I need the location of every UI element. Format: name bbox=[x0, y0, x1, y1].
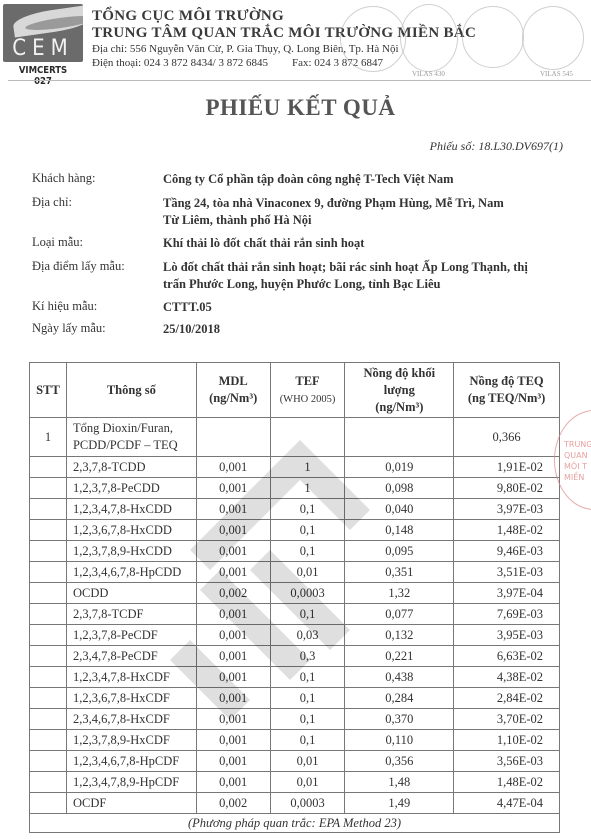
cell-param: 1,2,3,7,8-PeCDF bbox=[66, 625, 196, 646]
cell-param: 1,2,3,7,8,9-HxCDD bbox=[66, 541, 196, 562]
cell-tef: 0,3 bbox=[270, 646, 345, 667]
info-value: Công ty Cổ phần tập đoàn công nghệ T-Tec… bbox=[163, 171, 583, 188]
cell-mdl: 0,001 bbox=[196, 562, 270, 583]
cell-teq: 9,46E-03 bbox=[454, 541, 560, 562]
cell-stt bbox=[30, 751, 67, 772]
table-row: 1,2,3,4,6,7,8-HpCDD0,0010,010,3513,51E-0… bbox=[30, 562, 560, 583]
cell-param: 1,2,3,6,7,8-HxCDF bbox=[66, 688, 196, 709]
cell-mdl: 0,001 bbox=[196, 709, 270, 730]
header-conc: Nồng độ khối lượng(ng/Nm³) bbox=[345, 363, 454, 418]
table-row: 1,2,3,4,7,8,9-HpCDF0,0010,011,481,48E-02 bbox=[30, 772, 560, 793]
cell-tef: 0,1 bbox=[270, 499, 345, 520]
cell-stt: 1 bbox=[30, 418, 67, 457]
info-label: Loại mẫu: bbox=[32, 235, 83, 250]
header-teq: Nồng độ TEQ(ng TEQ/Nm³) bbox=[454, 363, 560, 418]
table-footnote-row: (Phương pháp quan trắc: EPA Method 23) bbox=[30, 814, 560, 833]
cell-teq: 7,69E-03 bbox=[454, 604, 560, 625]
logo-text: CEM bbox=[3, 36, 83, 61]
info-value: Lò đốt chất thải rắn sinh hoạt; bãi rác … bbox=[163, 259, 533, 293]
cell-mdl: 0,001 bbox=[196, 730, 270, 751]
cell-param: 1,2,3,7,8-PeCDD bbox=[66, 478, 196, 499]
cell-teq: 6,63E-02 bbox=[454, 646, 560, 667]
cell-mdl: 0,001 bbox=[196, 520, 270, 541]
cell-tef bbox=[270, 418, 345, 457]
cell-stt bbox=[30, 688, 67, 709]
cell-stt bbox=[30, 499, 67, 520]
info-label: Kí hiệu mẫu: bbox=[32, 299, 97, 314]
info-label: Khách hàng: bbox=[32, 171, 96, 186]
cell-mdl: 0,001 bbox=[196, 688, 270, 709]
certification-seal-icon bbox=[522, 6, 584, 70]
cell-param: 2,3,7,8-TCDF bbox=[66, 604, 196, 625]
method-footnote: (Phương pháp quan trắc: EPA Method 23) bbox=[30, 814, 560, 833]
table-row-total: 1 Tổng Dioxin/Furan, PCDD/PCDF – TEQ 0,3… bbox=[30, 418, 560, 457]
table-header-row: STT Thông số MDL(ng/Nm³) TEF(WHO 2005) N… bbox=[30, 363, 560, 418]
cell-param: 1,2,3,4,7,8,9-HpCDF bbox=[66, 772, 196, 793]
cell-param: 2,3,7,8-TCDD bbox=[66, 457, 196, 478]
document-title: PHIẾU KẾT QUẢ bbox=[0, 95, 591, 121]
table-row: 1,2,3,4,6,7,8-HpCDF0,0010,010,3563,56E-0… bbox=[30, 751, 560, 772]
cell-teq: 0,366 bbox=[454, 418, 560, 457]
cell-tef: 0,03 bbox=[270, 625, 345, 646]
seal1-label: VILAS 430 bbox=[412, 70, 445, 78]
cell-mdl: 0,001 bbox=[196, 772, 270, 793]
cell-param: 1,2,3,4,6,7,8-HpCDF bbox=[66, 751, 196, 772]
cell-teq: 1,91E-02 bbox=[454, 457, 560, 478]
certification-seal-icon bbox=[400, 4, 458, 72]
cell-conc: 0,132 bbox=[345, 625, 454, 646]
cell-conc: 0,110 bbox=[345, 730, 454, 751]
cell-param: 1,2,3,6,7,8-HxCDD bbox=[66, 520, 196, 541]
cell-conc: 0,351 bbox=[345, 562, 454, 583]
cell-tef: 0,1 bbox=[270, 730, 345, 751]
cell-conc: 0,040 bbox=[345, 499, 454, 520]
cell-mdl bbox=[196, 418, 270, 457]
cell-mdl: 0,001 bbox=[196, 751, 270, 772]
certification-seal-icon bbox=[462, 6, 524, 68]
table-row: 1,2,3,6,7,8-HxCDF0,0010,10,2842,84E-02 bbox=[30, 688, 560, 709]
cell-stt bbox=[30, 604, 67, 625]
cell-mdl: 0,001 bbox=[196, 667, 270, 688]
cell-conc: 0,221 bbox=[345, 646, 454, 667]
cell-param: 1,2,3,4,6,7,8-HpCDD bbox=[66, 562, 196, 583]
cell-teq: 3,70E-02 bbox=[454, 709, 560, 730]
cell-mdl: 0,001 bbox=[196, 457, 270, 478]
cell-conc: 1,48 bbox=[345, 772, 454, 793]
cell-teq: 3,56E-03 bbox=[454, 751, 560, 772]
cell-teq: 1,48E-02 bbox=[454, 772, 560, 793]
cell-conc: 0,356 bbox=[345, 751, 454, 772]
cell-stt bbox=[30, 709, 67, 730]
cell-conc: 0,370 bbox=[345, 709, 454, 730]
table-row: 2,3,7,8-TCDF0,0010,10,0777,69E-03 bbox=[30, 604, 560, 625]
cell-conc: 0,077 bbox=[345, 604, 454, 625]
cell-tef: 0,1 bbox=[270, 520, 345, 541]
cell-stt bbox=[30, 793, 67, 814]
cell-stt bbox=[30, 520, 67, 541]
cell-stt bbox=[30, 583, 67, 604]
document-number: Phiếu số: 18.L30.DV697(1) bbox=[430, 139, 563, 154]
cell-param: 1,2,3,4,7,8-HxCDF bbox=[66, 667, 196, 688]
cell-conc: 1,49 bbox=[345, 793, 454, 814]
cell-tef: 0,1 bbox=[270, 667, 345, 688]
cell-tef: 0,1 bbox=[270, 604, 345, 625]
cell-stt bbox=[30, 625, 67, 646]
table-row: 1,2,3,7,8,9-HxCDF0,0010,10,1101,10E-02 bbox=[30, 730, 560, 751]
cell-param: 2,3,4,6,7,8-HxCDF bbox=[66, 709, 196, 730]
table-row: 1,2,3,7,8-PeCDD0,00110,0989,80E-02 bbox=[30, 478, 560, 499]
table-row: 1,2,3,7,8-PeCDF0,0010,030,1323,95E-03 bbox=[30, 625, 560, 646]
cell-conc: 0,148 bbox=[345, 520, 454, 541]
cell-teq: 3,97E-04 bbox=[454, 583, 560, 604]
cell-tef: 1 bbox=[270, 457, 345, 478]
table-row: 2,3,4,7,8-PeCDF0,0010,30,2216,63E-02 bbox=[30, 646, 560, 667]
cell-stt bbox=[30, 667, 67, 688]
cell-tef: 0,01 bbox=[270, 562, 345, 583]
cell-conc: 0,438 bbox=[345, 667, 454, 688]
certification-seal-icon bbox=[340, 6, 406, 72]
logo-leaf-icon: CEM bbox=[3, 4, 83, 62]
cell-tef: 0,01 bbox=[270, 751, 345, 772]
cell-conc: 0,284 bbox=[345, 688, 454, 709]
org-phone: Điện thoại: 024 3 872 8434/ 3 872 6845 bbox=[92, 57, 268, 69]
cell-tef: 0,1 bbox=[270, 541, 345, 562]
cell-teq: 2,84E-02 bbox=[454, 688, 560, 709]
cell-tef: 0,01 bbox=[270, 772, 345, 793]
header-param: Thông số bbox=[66, 363, 196, 418]
cell-stt bbox=[30, 478, 67, 499]
cell-param: Tổng Dioxin/Furan, PCDD/PCDF – TEQ bbox=[66, 418, 196, 457]
cell-stt bbox=[30, 730, 67, 751]
cell-stt bbox=[30, 646, 67, 667]
cell-stt bbox=[30, 457, 67, 478]
cell-mdl: 0,001 bbox=[196, 499, 270, 520]
info-label: Ngày lấy mẫu: bbox=[32, 321, 106, 336]
header-divider bbox=[8, 80, 591, 81]
cell-teq: 3,97E-03 bbox=[454, 499, 560, 520]
cell-teq: 9,80E-02 bbox=[454, 478, 560, 499]
cell-mdl: 0,001 bbox=[196, 604, 270, 625]
cem-logo: CEM VIMCERTS 027 bbox=[3, 4, 83, 80]
cell-tef: 0,0003 bbox=[270, 583, 345, 604]
info-value: Tầng 24, tòa nhà Vinaconex 9, đường Phạm… bbox=[163, 195, 513, 229]
header-tef: TEF(WHO 2005) bbox=[270, 363, 345, 418]
table-row: OCDF0,0020,00031,494,47E-04 bbox=[30, 793, 560, 814]
cell-teq: 1,10E-02 bbox=[454, 730, 560, 751]
cell-tef: 0,0003 bbox=[270, 793, 345, 814]
table-row: 1,2,3,4,7,8-HxCDF0,0010,10,4384,38E-02 bbox=[30, 667, 560, 688]
cell-teq: 4,38E-02 bbox=[454, 667, 560, 688]
cell-param: 1,2,3,4,7,8-HxCDD bbox=[66, 499, 196, 520]
table-row: 1,2,3,7,8,9-HxCDD0,0010,10,0959,46E-03 bbox=[30, 541, 560, 562]
cell-mdl: 0,001 bbox=[196, 541, 270, 562]
table-row: 1,2,3,4,7,8-HxCDD0,0010,10,0403,97E-03 bbox=[30, 499, 560, 520]
cell-conc: 1,32 bbox=[345, 583, 454, 604]
cell-tef: 0,1 bbox=[270, 709, 345, 730]
cell-conc bbox=[345, 418, 454, 457]
info-label: Địa chỉ: bbox=[32, 195, 72, 210]
table-row: 2,3,7,8-TCDD0,00110,0191,91E-02 bbox=[30, 457, 560, 478]
header-mdl: MDL(ng/Nm³) bbox=[196, 363, 270, 418]
cell-mdl: 0,001 bbox=[196, 646, 270, 667]
info-value: CTTT.05 bbox=[163, 299, 493, 316]
cell-teq: 3,51E-03 bbox=[454, 562, 560, 583]
cell-stt bbox=[30, 541, 67, 562]
cell-conc: 0,019 bbox=[345, 457, 454, 478]
cell-tef: 0,1 bbox=[270, 688, 345, 709]
cell-conc: 0,095 bbox=[345, 541, 454, 562]
cell-mdl: 0,001 bbox=[196, 478, 270, 499]
cell-mdl: 0,001 bbox=[196, 625, 270, 646]
table-row: 1,2,3,6,7,8-HxCDD0,0010,10,1481,48E-02 bbox=[30, 520, 560, 541]
results-table: STT Thông số MDL(ng/Nm³) TEF(WHO 2005) N… bbox=[29, 362, 560, 833]
cell-conc: 0,098 bbox=[345, 478, 454, 499]
cell-param: OCDF bbox=[66, 793, 196, 814]
table-row: OCDD0,0020,00031,323,97E-04 bbox=[30, 583, 560, 604]
cell-stt bbox=[30, 772, 67, 793]
cell-teq: 3,95E-03 bbox=[454, 625, 560, 646]
cell-param: 1,2,3,7,8,9-HxCDF bbox=[66, 730, 196, 751]
info-label: Địa điểm lấy mẫu: bbox=[32, 259, 125, 274]
cell-teq: 4,47E-04 bbox=[454, 793, 560, 814]
cell-teq: 1,48E-02 bbox=[454, 520, 560, 541]
cell-param: OCDD bbox=[66, 583, 196, 604]
info-value: 25/10/2018 bbox=[163, 321, 493, 338]
cell-param: 2,3,4,7,8-PeCDF bbox=[66, 646, 196, 667]
info-value: Khí thải lò đốt chất thải rắn sinh hoạt bbox=[163, 235, 583, 252]
cell-stt bbox=[30, 562, 67, 583]
table-row: 2,3,4,6,7,8-HxCDF0,0010,10,3703,70E-02 bbox=[30, 709, 560, 730]
seal2-label: VILAS 545 bbox=[540, 70, 573, 78]
logo-subtext: VIMCERTS 027 bbox=[9, 65, 77, 87]
cell-mdl: 0,002 bbox=[196, 583, 270, 604]
header-stt: STT bbox=[30, 363, 67, 418]
cell-tef: 1 bbox=[270, 478, 345, 499]
cell-mdl: 0,002 bbox=[196, 793, 270, 814]
